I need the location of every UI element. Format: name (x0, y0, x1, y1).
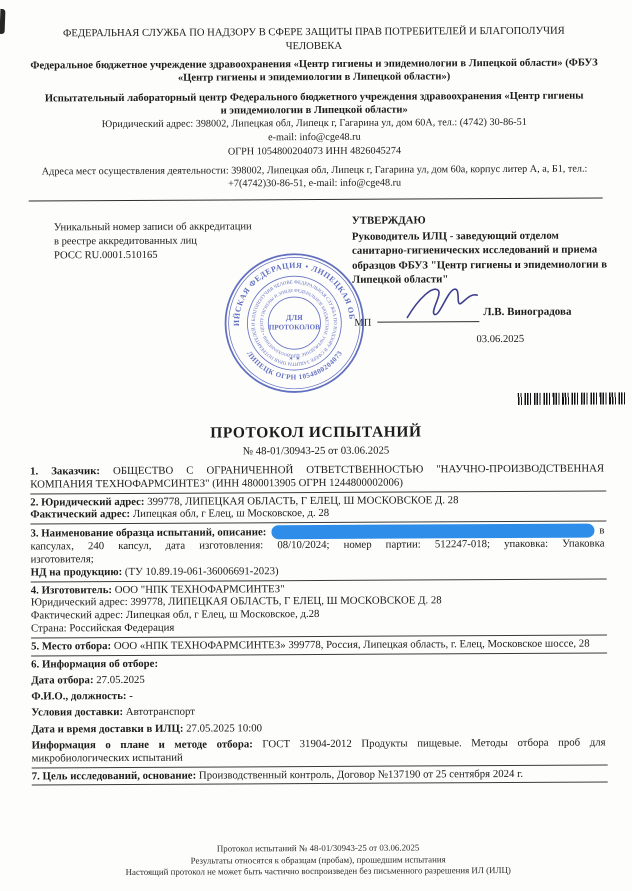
actual-address-label: Фактический адрес: (30, 508, 130, 521)
org-name: Федеральное бюджетное учреждение здравоо… (30, 57, 598, 86)
purpose-label: 7. Цель исследований, основание: (32, 769, 197, 782)
sampler-name-label: Ф.И.О., должность: (31, 690, 126, 702)
purpose-value: Производственный контроль, Договор №1371… (199, 768, 523, 782)
manufacturer-country: Страна: Российская Федерация (31, 619, 605, 635)
title-block: ПРОТОКОЛ ИСПЫТАНИЙ № 48-01/30943-25 от 0… (0, 422, 632, 458)
actual-address-line: Фактический адрес: Липецкая обл, г Елец,… (30, 506, 604, 522)
delivery-datetime-label: Дата и время доставки в ИЛЦ: (31, 722, 183, 735)
signature-stroke (407, 289, 477, 318)
accreditation-line2: в реестре аккредитованных лиц (54, 234, 252, 249)
manufacturer-value: ООО "НПК ТЕХНОФАРМСИНТЕЗ" (115, 583, 285, 596)
sampling-info-label: 6. Информация об отборе: (31, 657, 158, 670)
sampling-date-value: 27.05.2025 (96, 674, 145, 686)
nd-value: (ТУ 10.89.19-061-36006691-2023) (125, 565, 279, 578)
manufacturer-label: 4. Изготовитель: (31, 584, 112, 596)
stamp-stars: ✶ ✶ (289, 356, 301, 363)
protocol-body: 1. Заказчик: ОБЩЕСТВО С ОГРАНИЧЕННОЙ ОТВ… (30, 462, 606, 787)
signer-name: Л.В. Виноградова (483, 306, 571, 318)
barcode (518, 392, 628, 405)
document-content: ФЕДЕРАЛЬНАЯ СЛУЖБА ПО НАДЗОРУ В СФЕРЕ ЗА… (0, 0, 632, 891)
ogrn-inn-line: ОГРН 1054800204073 ИНН 4826045274 (0, 144, 630, 160)
sampling-date-line: Дата отбора: 27.05.2025 (31, 671, 605, 687)
sampler-name-value: - (129, 690, 133, 702)
legal-address-value: 399778, ЛИПЕЦКАЯ ОБЛАСТЬ, Г ЕЛЕЦ, Ш МОСК… (147, 494, 458, 508)
approval-block: УТВЕРЖДАЮ Руководитель ИЛЦ - заведующий … (352, 212, 608, 286)
customer-value: ОБЩЕСТВО С ОГРАНИЧЕННОЙ ОТВЕТСТВЕННОСТЬЮ… (30, 462, 604, 490)
customer-line: 1. Заказчик: ОБЩЕСТВО С ОГРАНИЧЕННОЙ ОТВ… (30, 462, 604, 491)
page-footer: Протокол испытаний № 48-01/30943-25 от 0… (2, 841, 632, 879)
round-stamp: РОССИЙСКАЯ ФЕДЕРАЦИЯ • ЛИПЕЦКАЯ ОБЛАСТЬ … (221, 250, 368, 397)
delivery-conditions-label: Условия доставки: (31, 706, 123, 718)
actual-address-value: Липецкая обл, г Елец, ш Московское, д. 2… (133, 507, 329, 520)
agency-name: ФЕДЕРАЛЬНАЯ СЛУЖБА ПО НАДЗОРУ В СФЕРЕ ЗА… (49, 25, 579, 55)
sampling-date-label: Дата отбора: (31, 674, 93, 686)
section-divider (32, 782, 608, 786)
accreditation-line1: Уникальный номер записи об аккредитации (54, 220, 252, 235)
stamp-center-line1: ДЛЯ (286, 313, 303, 322)
customer-label: 1. Заказчик: (30, 465, 100, 477)
sample-name-tail: в (599, 524, 604, 537)
delivery-conditions-value: Автотранспорт (126, 706, 195, 718)
footer-copy-note: Настоящий протокол не может быть частичн… (2, 865, 632, 880)
sampling-method-label: Информация о плане и методе отбора: (32, 738, 253, 751)
sample-name-label: 3. Наименование образца испытаний, описа… (30, 526, 266, 540)
sampling-method-line: Информация о плане и методе отбора: ГОСТ… (32, 737, 606, 766)
delivery-conditions-line: Условия доставки: Автотранспорт (31, 704, 605, 720)
document-page: ФЕДЕРАЛЬНАЯ СЛУЖБА ПО НАДЗОРУ В СФЕРЕ ЗА… (0, 0, 632, 891)
sampling-place-value: ООО «НПК ТЕХНОФАРМСИНТЕЗ» 399778, Россия… (114, 637, 590, 651)
lab-center-name: Испытательный лабораторный центр Федерал… (44, 90, 584, 119)
sampling-place-label: 5. Место отбора: (31, 640, 111, 652)
delivery-datetime-value: 27.05.2025 10:00 (186, 722, 262, 734)
nd-line: НД на продукцию: (ТУ 10.89.19-061-360066… (31, 563, 605, 579)
sampling-place-line: 5. Место отбора: ООО «НПК ТЕХНОФАРМСИНТЕ… (31, 637, 605, 653)
delivery-datetime-line: Дата и время доставки в ИЛЦ: 27.05.2025 … (31, 720, 605, 736)
purpose-line: 7. Цель исследований, основание: Произво… (32, 767, 606, 783)
letterhead: ФЕДЕРАЛЬНАЯ СЛУЖБА ПО НАДЗОРУ В СФЕРЕ ЗА… (0, 0, 631, 202)
nd-label: НД на продукцию: (31, 566, 123, 578)
protocol-title: ПРОТОКОЛ ИСПЫТАНИЙ (0, 422, 632, 443)
stamp-center-line2: ПРОТОКОЛОВ (269, 323, 320, 331)
approval-date: 03.06.2025 (476, 334, 524, 345)
protocol-number: № 48-01/30943-25 от 03.06.2025 (0, 443, 632, 458)
approval-section: Уникальный номер записи об аккредитации … (0, 196, 632, 425)
approval-title: УТВЕРЖДАЮ (352, 212, 608, 228)
signature (403, 283, 489, 323)
sampler-name-line: Ф.И.О., должность: - (31, 688, 605, 704)
approval-text: Руководитель ИЛЦ - заведующий отделом са… (352, 229, 608, 287)
activity-addresses: Адреса мест осуществления деятельности: … (32, 163, 598, 192)
legal-address-label: 2. Юридический адрес: (30, 495, 144, 508)
sampling-info-header: 6. Информация об отборе: (31, 655, 605, 671)
